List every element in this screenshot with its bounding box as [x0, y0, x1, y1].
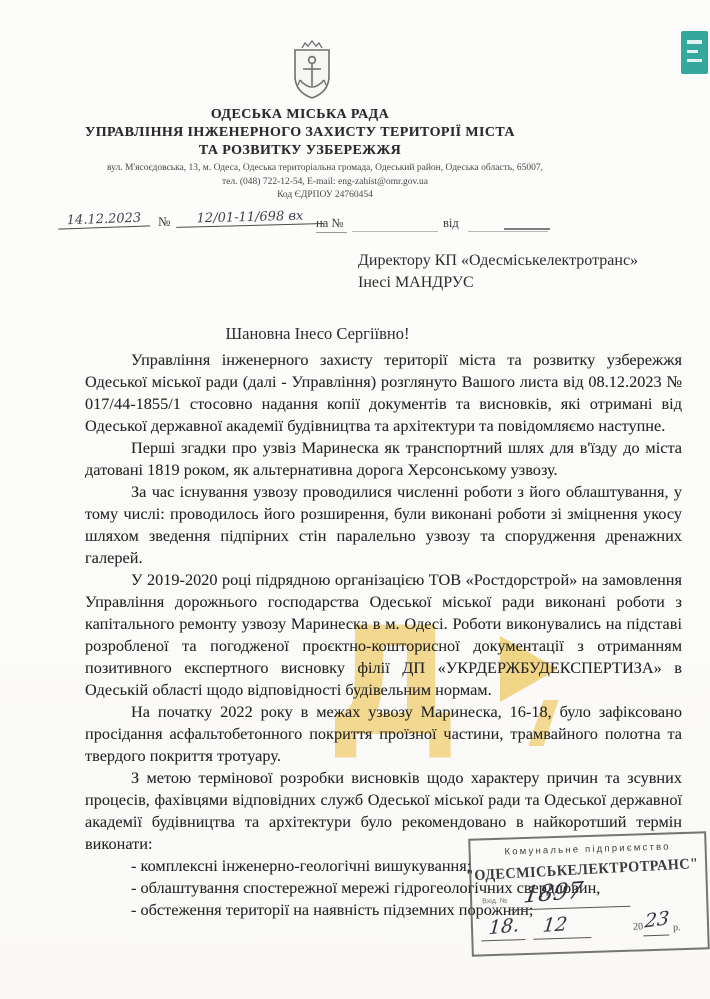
stamp-month-handwritten: 12	[542, 913, 569, 937]
stamp-day-handwritten: 18.	[488, 914, 520, 939]
stamp-number-handwritten: 1897	[522, 878, 584, 909]
badge-mark	[687, 40, 702, 44]
stamp-year-handwritten: 23	[644, 907, 670, 932]
stamp-year-suffix: р.	[673, 922, 681, 933]
stamp-org-type: Комунальне підприємство	[470, 840, 704, 858]
reply-date-label: від	[443, 216, 459, 231]
org-contacts: тел. (048) 722-12-54, E-mail: eng-zahist…	[10, 176, 640, 190]
scanned-letter-page: ОДЕСЬКА МІСЬКА РАДА УПРАВЛІННЯ ІНЖЕНЕРНО…	[0, 0, 710, 999]
odesa-coat-of-arms-icon	[272, 38, 352, 108]
reply-date-blank-line	[468, 231, 548, 232]
paragraph-subsidence: На початку 2022 року в межах узвозу Мари…	[85, 701, 682, 767]
paragraph-history: Перші згадки про узвіз Маринеска як тран…	[85, 437, 682, 481]
paragraph-intro: Управління інженерного захисту території…	[85, 349, 682, 437]
letterhead: ОДЕСЬКА МІСЬКА РАДА УПРАВЛІННЯ ІНЖЕНЕРНО…	[0, 106, 600, 160]
reply-date-dash	[504, 228, 550, 230]
salutation: Шановна Інесо Сергіївно!	[0, 324, 635, 344]
paragraph-repair: У 2019-2020 році підрядною організацією …	[85, 569, 682, 701]
org-name-line2: УПРАВЛІННЯ ІНЖЕНЕРНОГО ЗАХИСТУ ТЕРИТОРІЇ…	[0, 124, 600, 142]
number-sign: №	[158, 214, 170, 230]
paragraph-works: За час існування узвозу проводилися числ…	[85, 481, 682, 569]
outgoing-number-handwritten: 12/01-11/698 вх	[176, 208, 324, 228]
stamp-year-line	[643, 934, 669, 936]
stamp-year-prefix: 20	[633, 921, 643, 932]
stamp-month-line	[533, 937, 591, 940]
badge-mark	[687, 59, 702, 62]
registration-badge	[681, 31, 708, 74]
org-address-block: вул. М'ясоєдовська, 13, м. Одеса, Одеськ…	[10, 162, 640, 203]
outgoing-date-handwritten: 14.12.2023	[58, 210, 151, 229]
recipient-title: Директору КП «Одесміськелектротранс»	[358, 250, 688, 272]
reply-to-number-label: на №	[316, 216, 347, 233]
org-address: вул. М'ясоєдовська, 13, м. Одеса, Одеськ…	[10, 162, 640, 176]
stamp-date-row: 18. 12 20 23 р.	[473, 911, 708, 948]
stamp-number-row: Вхід. № 1897	[472, 877, 707, 914]
stamp-number-label: Вхід. №	[482, 898, 507, 906]
badge-mark	[687, 50, 698, 53]
reply-number-blank-line	[352, 231, 438, 232]
org-name-line1: ОДЕСЬКА МІСЬКА РАДА	[0, 106, 600, 124]
org-edrpou-code: Код ЄДРПОУ 24760454	[10, 189, 640, 203]
recipient-block: Директору КП «Одесміськелектротранс» Іне…	[358, 250, 688, 294]
recipient-name: Інесі МАНДРУС	[358, 272, 688, 294]
incoming-stamp: Комунальне підприємство "ОДЕСМІСЬКЕЛЕКТР…	[468, 831, 710, 956]
org-name-line3: ТА РОЗВИТКУ УЗБЕРЕЖЖЯ	[0, 142, 600, 160]
stamp-day-line	[481, 939, 525, 941]
